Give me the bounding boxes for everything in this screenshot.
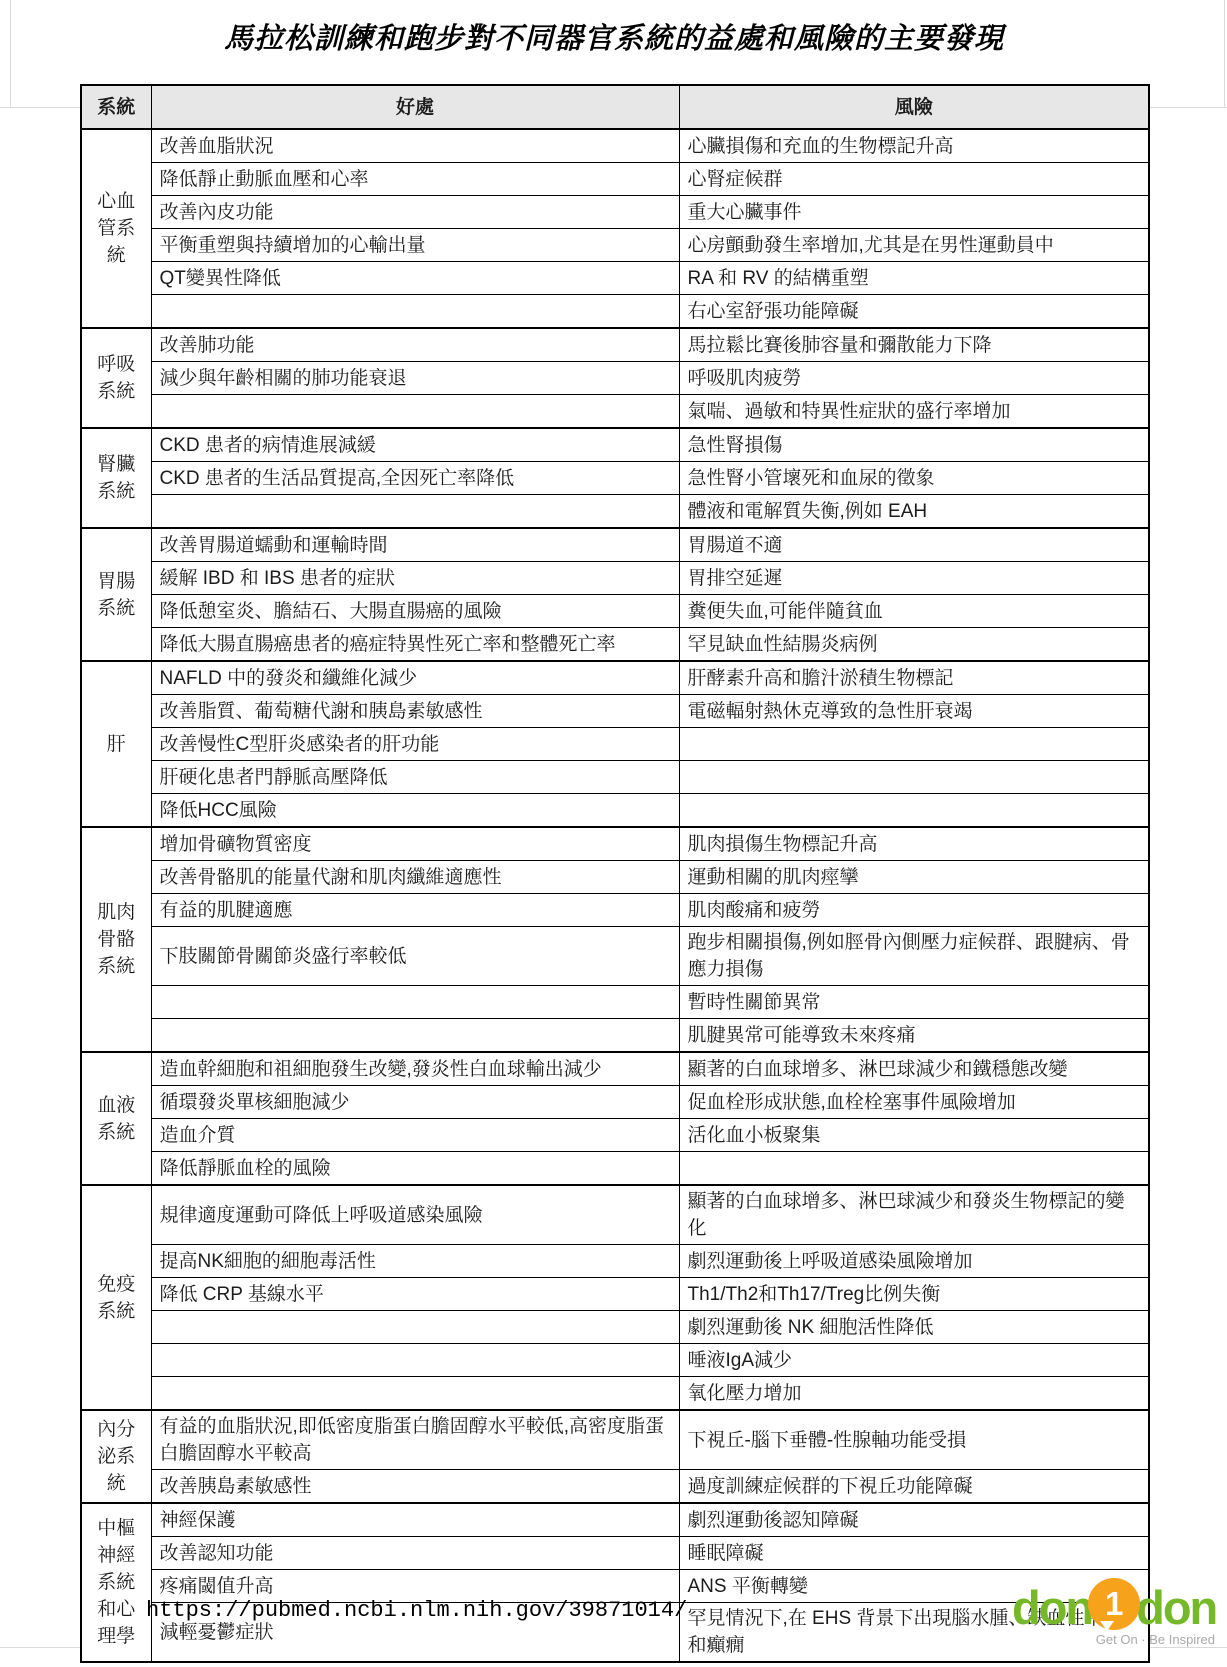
header-system: 系統 xyxy=(81,85,151,129)
table-row: 降低靜脈血栓的風險 xyxy=(81,1152,1149,1186)
table-row: 體液和電解質失衡,例如 EAH xyxy=(81,495,1149,529)
table-row: 改善認知功能睡眠障礙 xyxy=(81,1537,1149,1570)
benefit-cell: 造血介質 xyxy=(151,1119,679,1152)
table-row: 提高NK細胞的細胞毒活性劇烈運動後上呼吸道感染風險增加 xyxy=(81,1245,1149,1278)
table-header-row: 系統 好處 風險 xyxy=(81,85,1149,129)
table-row: 肌腱異常可能導致未來疼痛 xyxy=(81,1019,1149,1053)
risk-cell: 運動相關的肌肉痙攣 xyxy=(679,861,1149,894)
table-row: 平衡重塑與持續增加的心輸出量心房顫動發生率增加,尤其是在男性運動員中 xyxy=(81,229,1149,262)
risk-cell: 活化血小板聚集 xyxy=(679,1119,1149,1152)
risk-cell: 下視丘-腦下垂體-性腺軸功能受損 xyxy=(679,1410,1149,1470)
header-benefits: 好處 xyxy=(151,85,679,129)
table-row: 肝NAFLD 中的發炎和纖維化減少肝酵素升高和膽汁淤積生物標記 xyxy=(81,661,1149,695)
risk-cell: 心臟損傷和充血的生物標記升高 xyxy=(679,129,1149,163)
table-row: 造血介質活化血小板聚集 xyxy=(81,1119,1149,1152)
benefit-cell: 改善血脂狀況 xyxy=(151,129,679,163)
benefit-cell: 有益的血脂狀況,即低密度脂蛋白膽固醇水平較低,高密度脂蛋白膽固醇水平較高 xyxy=(151,1410,679,1470)
risk-cell: 過度訓練症候群的下視丘功能障礙 xyxy=(679,1470,1149,1504)
donidon-logo: don 1 don xyxy=(1012,1578,1216,1636)
system-cell: 肌肉骨骼系統 xyxy=(81,827,151,1052)
benefit-cell: 改善內皮功能 xyxy=(151,196,679,229)
benefit-cell: CKD 患者的病情進展減緩 xyxy=(151,428,679,462)
risk-cell: 心房顫動發生率增加,尤其是在男性運動員中 xyxy=(679,229,1149,262)
risk-cell: 劇烈運動後上呼吸道感染風險增加 xyxy=(679,1245,1149,1278)
table-row: 肝硬化患者門靜脈高壓降低 xyxy=(81,761,1149,794)
logo-don-right: don xyxy=(1136,1584,1216,1631)
table-row: 劇烈運動後 NK 細胞活性降低 xyxy=(81,1311,1149,1344)
risk-cell: 顯著的白血球增多、淋巴球減少和鐵穩態改變 xyxy=(679,1052,1149,1086)
risk-cell: 睡眠障礙 xyxy=(679,1537,1149,1570)
table-row: 降低 CRP 基線水平Th1/Th2和Th17/Treg比例失衡 xyxy=(81,1278,1149,1311)
risk-cell: 氣喘、過敏和特異性症狀的盛行率增加 xyxy=(679,395,1149,429)
table-row: 降低憩室炎、膽結石、大腸直腸癌的風險糞便失血,可能伴隨貧血 xyxy=(81,595,1149,628)
benefit-cell: 提高NK細胞的細胞毒活性 xyxy=(151,1245,679,1278)
benefit-cell: 降低靜止動脈血壓和心率 xyxy=(151,163,679,196)
system-cell: 肝 xyxy=(81,661,151,827)
risk-cell: RA 和 RV 的結構重塑 xyxy=(679,262,1149,295)
benefit-cell: NAFLD 中的發炎和纖維化減少 xyxy=(151,661,679,695)
table-row: 有益的肌腱適應肌肉酸痛和疲勞 xyxy=(81,894,1149,927)
logo-don-left: don xyxy=(1012,1584,1092,1631)
risk-cell: 罕見缺血性結腸炎病例 xyxy=(679,628,1149,662)
risk-cell: 肌腱異常可能導致未來疼痛 xyxy=(679,1019,1149,1053)
table-row: 右心室舒張功能障礙 xyxy=(81,295,1149,329)
table-row: 心血管系統改善血脂狀況心臟損傷和充血的生物標記升高 xyxy=(81,129,1149,163)
source-url-link[interactable]: https://pubmed.ncbi.nlm.nih.gov/39871014… xyxy=(146,1598,687,1623)
risk-cell: 右心室舒張功能障礙 xyxy=(679,295,1149,329)
table-row: 血液系統造血幹細胞和祖細胞發生改變,發炎性白血球輸出減少顯著的白血球增多、淋巴球… xyxy=(81,1052,1149,1086)
risk-cell: Th1/Th2和Th17/Treg比例失衡 xyxy=(679,1278,1149,1311)
table-row: 唾液IgA減少 xyxy=(81,1344,1149,1377)
benefit-cell: 增加骨礦物質密度 xyxy=(151,827,679,861)
risk-cell: 心腎症候群 xyxy=(679,163,1149,196)
table-row: 中樞神經系統和心理學神經保護劇烈運動後認知障礙 xyxy=(81,1503,1149,1537)
risk-cell: 胃排空延遲 xyxy=(679,562,1149,595)
risk-cell xyxy=(679,728,1149,761)
system-cell: 內分泌系統 xyxy=(81,1410,151,1503)
table-row: 改善胰島素敏感性過度訓練症候群的下視丘功能障礙 xyxy=(81,1470,1149,1504)
risk-cell: 暫時性關節異常 xyxy=(679,986,1149,1019)
benefit-cell: 改善胰島素敏感性 xyxy=(151,1470,679,1504)
risk-cell: 唾液IgA減少 xyxy=(679,1344,1149,1377)
table-row: 降低靜止動脈血壓和心率心腎症候群 xyxy=(81,163,1149,196)
risk-cell: 劇烈運動後認知障礙 xyxy=(679,1503,1149,1537)
benefit-cell xyxy=(151,495,679,529)
risk-cell: 肌肉損傷生物標記升高 xyxy=(679,827,1149,861)
table-row: 降低大腸直腸癌患者的癌症特異性死亡率和整體死亡率罕見缺血性結腸炎病例 xyxy=(81,628,1149,662)
header-risks: 風險 xyxy=(679,85,1149,129)
benefit-cell: 規律適度運動可降低上呼吸道感染風險 xyxy=(151,1185,679,1245)
benefit-cell xyxy=(151,295,679,329)
logo-tagline: Get On · Be Inspired xyxy=(1055,1632,1215,1647)
risk-cell: 馬拉鬆比賽後肺容量和彌散能力下降 xyxy=(679,328,1149,362)
benefit-cell: 肝硬化患者門靜脈高壓降低 xyxy=(151,761,679,794)
system-cell: 呼吸系統 xyxy=(81,328,151,428)
benefit-cell: 改善骨骼肌的能量代謝和肌肉纖維適應性 xyxy=(151,861,679,894)
table-row: 減少與年齡相關的肺功能衰退呼吸肌肉疲勞 xyxy=(81,362,1149,395)
table-row: 循環發炎單核細胞減少促血栓形成狀態,血栓栓塞事件風險增加 xyxy=(81,1086,1149,1119)
risk-cell: 重大心臟事件 xyxy=(679,196,1149,229)
benefit-cell: 有益的肌腱適應 xyxy=(151,894,679,927)
benefit-cell xyxy=(151,1377,679,1411)
risk-cell: 糞便失血,可能伴隨貧血 xyxy=(679,595,1149,628)
table-row: 改善骨骼肌的能量代謝和肌肉纖維適應性運動相關的肌肉痙攣 xyxy=(81,861,1149,894)
risk-cell: 體液和電解質失衡,例如 EAH xyxy=(679,495,1149,529)
benefit-cell: 改善脂質、葡萄糖代謝和胰島素敏感性 xyxy=(151,695,679,728)
benefit-cell xyxy=(151,395,679,429)
benefits-risks-table: 系統 好處 風險 心血管系統改善血脂狀況心臟損傷和充血的生物標記升高降低靜止動脈… xyxy=(80,84,1150,1663)
risk-cell: 顯著的白血球增多、淋巴球減少和發炎生物標記的變化 xyxy=(679,1185,1149,1245)
system-cell: 免疫系統 xyxy=(81,1185,151,1410)
page-edge-line-left xyxy=(10,0,11,107)
risk-cell: 胃腸道不適 xyxy=(679,528,1149,562)
table-row: 氣喘、過敏和特異性症狀的盛行率增加 xyxy=(81,395,1149,429)
benefit-cell: 減少與年齡相關的肺功能衰退 xyxy=(151,362,679,395)
table-row: 緩解 IBD 和 IBS 患者的症狀胃排空延遲 xyxy=(81,562,1149,595)
risk-cell: 促血栓形成狀態,血栓栓塞事件風險增加 xyxy=(679,1086,1149,1119)
table-row: 腎臟系統CKD 患者的病情進展減緩急性腎損傷 xyxy=(81,428,1149,462)
risk-cell xyxy=(679,761,1149,794)
system-cell: 心血管系統 xyxy=(81,129,151,328)
risk-cell xyxy=(679,794,1149,828)
benefit-cell: 降低HCC風險 xyxy=(151,794,679,828)
table-row: 改善脂質、葡萄糖代謝和胰島素敏感性電磁輻射熱休克導致的急性肝衰竭 xyxy=(81,695,1149,728)
risk-cell: 氧化壓力增加 xyxy=(679,1377,1149,1411)
system-cell: 胃腸系統 xyxy=(81,528,151,661)
benefit-cell: QT變異性降低 xyxy=(151,262,679,295)
benefit-cell: 降低 CRP 基線水平 xyxy=(151,1278,679,1311)
benefit-cell: 下肢關節骨關節炎盛行率較低 xyxy=(151,927,679,986)
table-row: 肌肉骨骼系統增加骨礦物質密度肌肉損傷生物標記升高 xyxy=(81,827,1149,861)
risk-cell: 電磁輻射熱休克導致的急性肝衰竭 xyxy=(679,695,1149,728)
risk-cell: 肌肉酸痛和疲勞 xyxy=(679,894,1149,927)
benefit-cell xyxy=(151,986,679,1019)
table-row: CKD 患者的生活品質提高,全因死亡率降低急性腎小管壞死和血尿的徵象 xyxy=(81,462,1149,495)
table-row: 降低HCC風險 xyxy=(81,794,1149,828)
benefit-cell: 造血幹細胞和祖細胞發生改變,發炎性白血球輸出減少 xyxy=(151,1052,679,1086)
risk-cell: 急性腎損傷 xyxy=(679,428,1149,462)
table-row: 呼吸系統改善肺功能馬拉鬆比賽後肺容量和彌散能力下降 xyxy=(81,328,1149,362)
benefit-cell: CKD 患者的生活品質提高,全因死亡率降低 xyxy=(151,462,679,495)
page-title: 馬拉松訓練和跑步對不同器官系統的益處和風險的主要發現 xyxy=(80,16,1148,57)
table-row: 改善內皮功能重大心臟事件 xyxy=(81,196,1149,229)
system-cell: 中樞神經系統和心理學 xyxy=(81,1503,151,1662)
benefit-cell: 循環發炎單核細胞減少 xyxy=(151,1086,679,1119)
table-row: 暫時性關節異常 xyxy=(81,986,1149,1019)
benefit-cell: 神經保護 xyxy=(151,1503,679,1537)
table-row: 內分泌系統有益的血脂狀況,即低密度脂蛋白膽固醇水平較低,高密度脂蛋白膽固醇水平較… xyxy=(81,1410,1149,1470)
benefit-cell: 改善胃腸道蠕動和運輸時間 xyxy=(151,528,679,562)
benefit-cell: 改善認知功能 xyxy=(151,1537,679,1570)
benefit-cell: 降低憩室炎、膽結石、大腸直腸癌的風險 xyxy=(151,595,679,628)
benefit-cell: 緩解 IBD 和 IBS 患者的症狀 xyxy=(151,562,679,595)
benefit-cell: 降低靜脈血栓的風險 xyxy=(151,1152,679,1186)
benefit-cell xyxy=(151,1344,679,1377)
risk-cell xyxy=(679,1152,1149,1186)
system-cell: 腎臟系統 xyxy=(81,428,151,528)
logo-speech-bubble-icon: 1 xyxy=(1088,1578,1140,1630)
table-row: 胃腸系統改善胃腸道蠕動和運輸時間胃腸道不適 xyxy=(81,528,1149,562)
benefit-cell: 改善肺功能 xyxy=(151,328,679,362)
table-row: QT變異性降低RA 和 RV 的結構重塑 xyxy=(81,262,1149,295)
table-row: 下肢關節骨關節炎盛行率較低跑步相關損傷,例如脛骨內側壓力症候群、跟腱病、骨應力損… xyxy=(81,927,1149,986)
benefit-cell xyxy=(151,1311,679,1344)
risk-cell: 劇烈運動後 NK 細胞活性降低 xyxy=(679,1311,1149,1344)
risk-cell: 呼吸肌肉疲勞 xyxy=(679,362,1149,395)
table-row: 改善慢性C型肝炎感染者的肝功能 xyxy=(81,728,1149,761)
risk-cell: 跑步相關損傷,例如脛骨內側壓力症候群、跟腱病、骨應力損傷 xyxy=(679,927,1149,986)
page-edge-line-right xyxy=(1224,0,1225,107)
system-cell: 血液系統 xyxy=(81,1052,151,1185)
benefit-cell: 平衡重塑與持續增加的心輸出量 xyxy=(151,229,679,262)
risk-cell: 肝酵素升高和膽汁淤積生物標記 xyxy=(679,661,1149,695)
table-row: 免疫系統規律適度運動可降低上呼吸道感染風險顯著的白血球增多、淋巴球減少和發炎生物… xyxy=(81,1185,1149,1245)
benefit-cell xyxy=(151,1019,679,1053)
risk-cell: 急性腎小管壞死和血尿的徵象 xyxy=(679,462,1149,495)
benefit-cell: 降低大腸直腸癌患者的癌症特異性死亡率和整體死亡率 xyxy=(151,628,679,662)
benefit-cell: 改善慢性C型肝炎感染者的肝功能 xyxy=(151,728,679,761)
table-row: 氧化壓力增加 xyxy=(81,1377,1149,1411)
